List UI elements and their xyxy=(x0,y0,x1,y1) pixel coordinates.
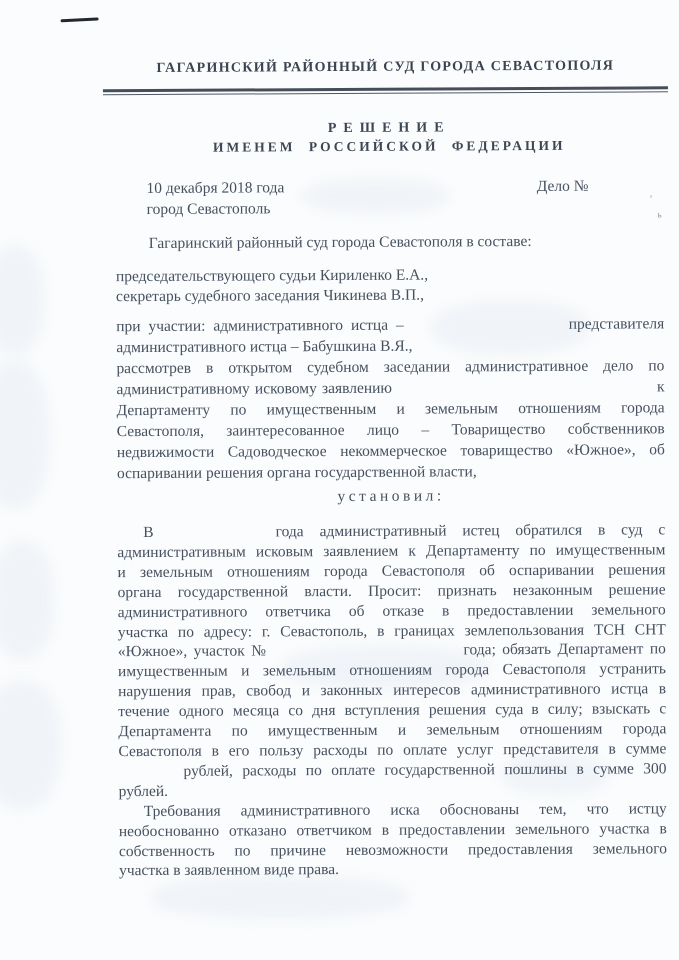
presiding-judge-line: председательствующего судьи Кириленко Е.… xyxy=(116,265,664,286)
secretary-line: секретарь судебного заседания Чикинева В… xyxy=(116,285,664,306)
pen-dash-mark xyxy=(61,17,99,22)
redacted-blank-gap xyxy=(392,389,657,392)
text-line: необоснованно отказано ответчиком в пред… xyxy=(119,819,667,842)
case-number-label: Дело № xyxy=(537,178,589,196)
text-line: и земельным отношениям города Севастопол… xyxy=(117,560,665,583)
date-case-row: 10 декабря 2018 года Дело № xyxy=(146,178,588,198)
document-sheet: ГАГАРИНСКИЙ РАЙОННЫЙ СУД ГОРОДА СЕВАСТОП… xyxy=(0,0,679,960)
text-line: органа государственной власти. Просит: п… xyxy=(118,580,666,603)
in-the-name-of-russia-subtitle: ИМЕНЕМ РОССИЙСКОЙ ФЕДЕРАЦИИ xyxy=(115,137,663,156)
ustanovil-heading: установил: xyxy=(117,486,665,507)
scan-speck: ʼ xyxy=(650,194,653,203)
text-line: Требования административного иска обосно… xyxy=(119,799,667,822)
text-line: недвижимости Садоводческое некоммерческо… xyxy=(117,439,665,463)
text-line: Севастополя, заинтересованное лицо – Тов… xyxy=(117,418,665,442)
scanned-court-document-page: ГАГАРИНСКИЙ РАЙОННЫЙ СУД ГОРОДА СЕВАСТОП… xyxy=(0,0,679,960)
text-line: административного ответчика об отказе в … xyxy=(118,600,666,623)
redacted-blank-gap xyxy=(523,712,531,714)
body-text-block: Вгода административный истец обратился в… xyxy=(117,520,667,881)
redacted-blank-gap xyxy=(154,534,276,537)
scan-speck: ь xyxy=(658,210,662,219)
text-line: участка в заявленном виде права. xyxy=(119,859,667,882)
place-line: город Севастополь xyxy=(147,200,271,219)
rule-thin-line xyxy=(103,91,668,95)
text-line: административного истца – Бабушкина В.Я.… xyxy=(116,334,664,358)
redacted-blank-gap xyxy=(269,653,464,656)
text-line: рассмотрев в открытом судебном заседании… xyxy=(116,355,664,379)
text-line: Севастополя в его пользу расходы по опла… xyxy=(118,739,666,762)
decision-title: РЕШЕНИЕ xyxy=(115,119,663,138)
court-composition-intro: Гагаринский районный суд города Севастоп… xyxy=(116,232,664,253)
court-name-heading: ГАГАРИНСКИЙ РАЙОННЫЙ СУД ГОРОДА СЕВАСТОП… xyxy=(103,58,668,77)
text-line: Вгода административный истец обратился в… xyxy=(117,520,665,543)
redacted-blank-gap xyxy=(404,327,569,330)
text-line: собственность по причине невозможности п… xyxy=(119,839,667,862)
text-line: административному исковому заявлениюк xyxy=(116,376,664,400)
text-line: административным исковым заявлением к Де… xyxy=(117,540,665,563)
preamble-block: при участии: административного истца –пр… xyxy=(116,313,665,484)
text-line: Департаменту по имущественным и земельны… xyxy=(117,397,665,421)
decision-date: 10 декабря 2018 года xyxy=(146,179,284,198)
text-line: при участии: административного истца –пр… xyxy=(116,313,664,337)
text-line: оспаривании решения органа государственн… xyxy=(117,460,665,484)
header-double-rule xyxy=(103,86,668,95)
text-line: рублей, расходы по оплате государственно… xyxy=(118,759,666,782)
